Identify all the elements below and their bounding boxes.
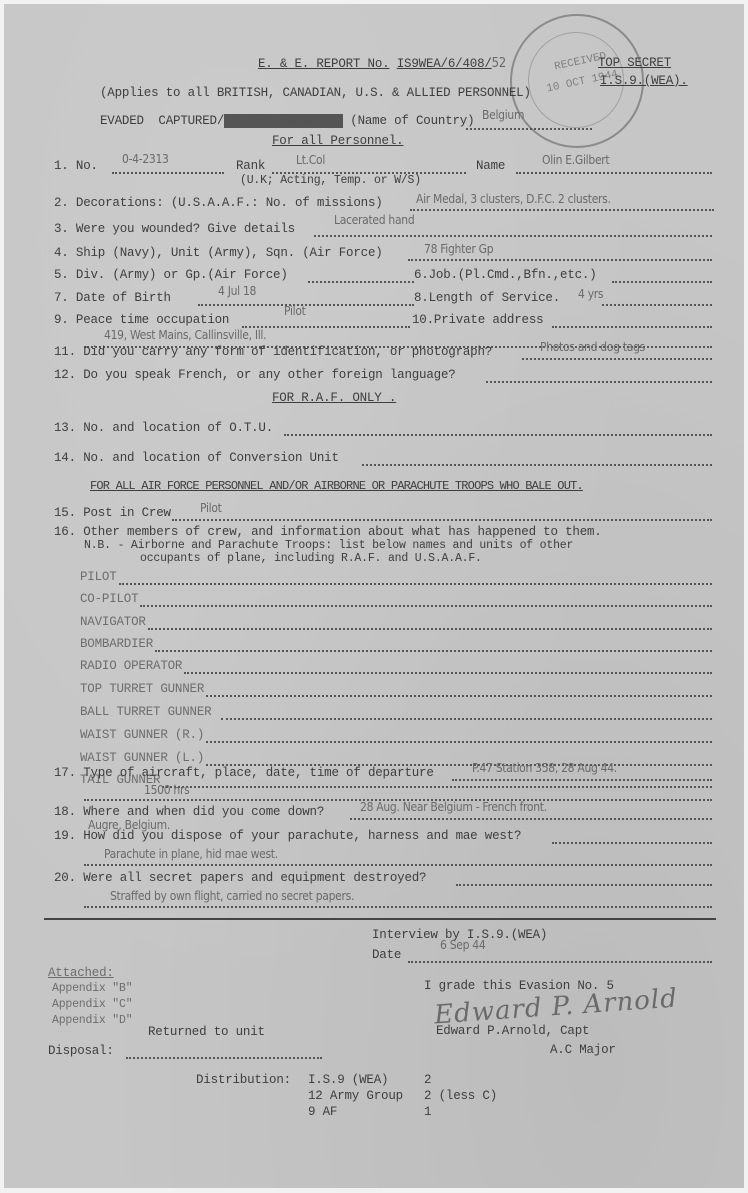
papers-label: 20. Were all secret papers and equipment…: [54, 871, 426, 885]
post-dots: [172, 517, 712, 521]
wounded-label: 3. Were you wounded? Give details: [54, 222, 295, 236]
crew-role-dots[interactable]: [206, 693, 712, 697]
report-handwritten: 52: [492, 56, 506, 71]
crew-role-dots[interactable]: [206, 739, 712, 743]
crew-role-label: RADIO OPERATOR: [80, 659, 182, 673]
crew-role-dots[interactable]: [162, 784, 712, 788]
job-dots: [612, 279, 712, 283]
language-label: 12. Do you speak French, or any other fo…: [54, 368, 456, 382]
distribution-recipient: 9 AF: [308, 1105, 337, 1119]
job-label: 6.Job.(Pl.Cmd.,Bfn.,etc.): [414, 268, 597, 282]
conversion-label: 14. No. and location of Conversion Unit: [54, 451, 339, 465]
country-value[interactable]: Belgium: [482, 108, 524, 122]
date-label: Date: [372, 948, 401, 962]
attached-label: Attached:: [48, 966, 114, 980]
section-all-personnel: For all Personnel.: [272, 134, 403, 148]
distribution-count: 2 (less C): [424, 1089, 497, 1103]
crew-role-label: CO-PILOT: [80, 592, 138, 606]
decorations-label: 2. Decorations: (U.S.A.A.F.: No. of miss…: [54, 196, 383, 210]
distribution-count: 1: [424, 1105, 431, 1119]
country-dots: [466, 126, 592, 130]
crew-role-label: WAIST GUNNER (R.): [80, 728, 204, 742]
date-dots: [408, 959, 712, 963]
service-value[interactable]: 4 yrs: [578, 287, 603, 301]
parachute-dots-2: [84, 862, 712, 866]
status-evaded: EVADED: [100, 114, 144, 128]
country-label: (Name of Country): [350, 114, 474, 128]
distribution-recipient: I.S.9 (WEA): [308, 1073, 388, 1087]
crew-label: 16. Other members of crew, and informati…: [54, 525, 602, 539]
service-dots: [602, 302, 712, 306]
otu-label: 13. No. and location of O.T.U.: [54, 421, 273, 435]
status-captured: CAPTURED/: [158, 114, 224, 128]
rank-note: (U.K; Acting, Temp. or W/S): [240, 174, 421, 187]
crew-role-label: TOP TURRET GUNNER: [80, 682, 204, 696]
otu-dots: [284, 432, 712, 436]
departure-label: 17. Type of aircraft, place, date, time …: [54, 766, 434, 780]
footer-rule: [44, 918, 716, 920]
language-dots: [486, 379, 712, 383]
status-line: EVADED CAPTURED/ESCAPED/OCCUPIED (Name o…: [100, 114, 474, 128]
crew-role-label: WAIST GUNNER (L.): [80, 751, 204, 765]
disposal-value: Returned to unit: [148, 1025, 265, 1039]
unit-value[interactable]: 78 Fighter Gp: [424, 242, 493, 256]
crew-role-dots[interactable]: [184, 670, 712, 674]
div-dots: [308, 279, 414, 283]
report-label: E. & E. REPORT No.: [258, 57, 389, 71]
name-value[interactable]: Olin E.Gilbert: [542, 153, 609, 167]
signer-rank: A.C Major: [550, 1043, 616, 1057]
departure-value-2[interactable]: 1500 hrs: [144, 783, 189, 797]
crew-role-label: BOMBARDIER: [80, 637, 153, 651]
post-value[interactable]: Pilot: [200, 501, 222, 515]
parachute-dots: [552, 840, 712, 844]
papers-value[interactable]: Straffed by own flight, carried no secre…: [110, 889, 354, 903]
crew-role-dots[interactable]: [221, 716, 712, 720]
address-value[interactable]: 419, West Mains, Callinsville, Ill.: [104, 328, 266, 342]
crew-role-label: BALL TURRET GUNNER: [80, 705, 211, 719]
signer-name: Edward P.Arnold, Capt: [436, 1024, 589, 1038]
id-dots: [522, 356, 712, 360]
wounded-dots: [314, 233, 712, 237]
crew-note-1: N.B. - Airborne and Parachute Troops: li…: [84, 539, 573, 552]
report-number: IS9WEA/6/408/: [397, 57, 492, 71]
crew-role-dots[interactable]: [119, 581, 713, 585]
distribution-label: Distribution:: [196, 1073, 291, 1087]
crew-role-dots[interactable]: [155, 648, 712, 652]
conversion-dots: [362, 462, 712, 466]
post-label: 15. Post in Crew: [54, 506, 171, 520]
address-dots: [552, 324, 712, 328]
airforce-heading: FOR ALL AIR FORCE PERSONNEL AND/OR AIRBO…: [90, 479, 583, 493]
down-value[interactable]: 28 Aug. Near Belgium - French front.: [360, 800, 547, 814]
down-dots: [350, 816, 712, 820]
parachute-value[interactable]: Parachute in plane, hid mae west.: [104, 847, 278, 861]
down-label: 18. Where and when did you come down?: [54, 805, 324, 819]
report-number-line: E. & E. REPORT No. IS9WEA/6/408/52: [258, 56, 506, 71]
departure-dots: [452, 777, 712, 781]
div-label: 5. Div. (Army) or Gp.(Air Force): [54, 268, 288, 282]
appendix-item: Appendix "D": [52, 1014, 132, 1027]
status-struck: ESCAPED/OCCUPIED: [224, 114, 343, 128]
crew-role-dots[interactable]: [140, 603, 712, 607]
no-label: 1. No.: [54, 159, 98, 173]
crew-role-dots[interactable]: [148, 626, 712, 630]
papers-dots-2: [84, 904, 712, 908]
parachute-label: 19. How did you dispose of your parachut…: [54, 829, 521, 843]
no-value[interactable]: 0-4-2313: [122, 152, 169, 166]
crew-note-2: occupants of plane, including R.A.F. and…: [140, 552, 482, 565]
unit-designation: I.S.9.(WEA).: [600, 74, 688, 88]
appendix-item: Appendix "B": [52, 982, 132, 995]
occupation-label: 9. Peace time occupation: [54, 313, 229, 327]
address-label: 10.Private address: [412, 313, 543, 327]
report-page: RECEIVED 10 OCT 1944 E. & E. REPORT No. …: [4, 4, 744, 1188]
rank-value[interactable]: Lt.Col: [296, 153, 325, 167]
distribution-recipient: 12 Army Group: [308, 1089, 403, 1103]
service-label: 8.Length of Service.: [414, 291, 560, 305]
applies-to: (Applies to all BRITISH, CANADIAN, U.S. …: [100, 86, 531, 100]
unit-dots: [408, 257, 712, 261]
appendix-item: Appendix "C": [52, 998, 132, 1011]
decorations-value[interactable]: Air Medal, 3 clusters, D.F.C. 2 clusters…: [416, 192, 611, 206]
name-label: Name: [476, 159, 505, 173]
wounded-value[interactable]: Lacerated hand: [334, 213, 414, 227]
unit-label: 4. Ship (Navy), Unit (Army), Sqn. (Air F…: [54, 246, 383, 260]
name-dots: [516, 170, 712, 174]
departure-value[interactable]: P.47 Station 358, 28 Aug 44.: [472, 761, 617, 775]
id-label: 11. Did you carry any form of identifica…: [54, 345, 492, 359]
no-dots: [112, 170, 224, 174]
id-value[interactable]: Photos and dog tags: [540, 340, 645, 354]
crew-role-label: PILOT: [80, 570, 117, 584]
dob-dots: [198, 302, 414, 306]
disposal-dots: [126, 1055, 322, 1059]
classification: TOP SECRET: [598, 56, 671, 70]
dob-label: 7. Date of Birth: [54, 291, 171, 305]
rank-label: Rank: [236, 159, 265, 173]
occupation-value[interactable]: Pilot: [284, 304, 306, 318]
raf-heading: FOR R.A.F. ONLY .: [272, 391, 396, 405]
dob-value[interactable]: 4 Jul 18: [218, 284, 256, 298]
decorations-dots: [410, 207, 714, 211]
papers-dots: [456, 882, 712, 886]
date-value[interactable]: 6 Sep 44: [440, 938, 485, 952]
crew-role-label: NAVIGATOR: [80, 615, 146, 629]
distribution-count: 2: [424, 1073, 431, 1087]
disposal-label: Disposal:: [48, 1044, 114, 1058]
occupation-dots: [242, 324, 410, 328]
